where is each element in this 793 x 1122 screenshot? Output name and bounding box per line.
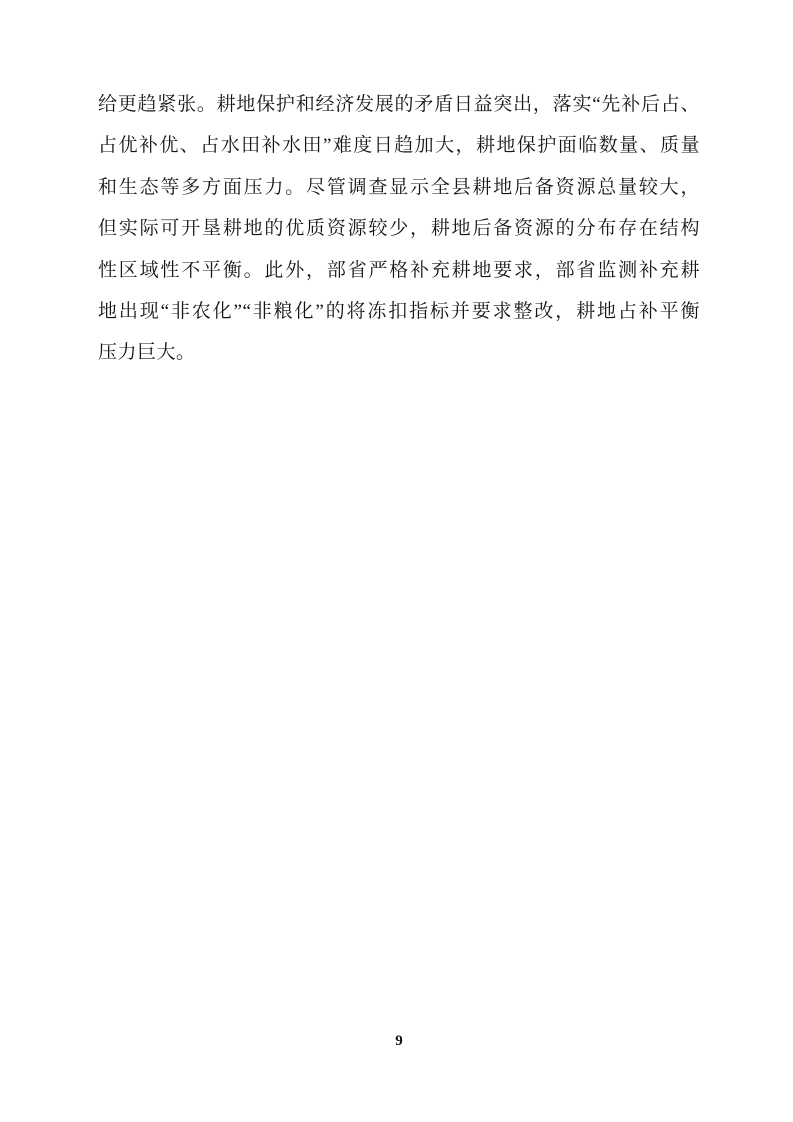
document-page: 给更趋紧张。耕地保护和经济发展的矛盾日益突出，落实“先补后占、 占优补优、占水田… (0, 0, 793, 1122)
paragraph-line: 但实际可开垦耕地的优质资源较少，耕地后备资源的分布存在结构 (98, 208, 700, 249)
paragraph-line: 地出现“非农化”“非粮化”的将冻扣指标并要求整改，耕地占补平衡 (98, 291, 700, 332)
paragraph-line: 占优补优、占水田补水田”难度日趋加大，耕地保护面临数量、质量 (98, 125, 700, 166)
paragraph-line: 压力巨大。 (98, 332, 700, 373)
paragraph-line: 和生态等多方面压力。尽管调查显示全县耕地后备资源总量较大， (98, 167, 700, 208)
paragraph-line: 给更趋紧张。耕地保护和经济发展的矛盾日益突出，落实“先补后占、 (98, 84, 700, 125)
paragraph-line: 性区域性不平衡。此外，部省严格补充耕地要求，部省监测补充耕 (98, 250, 700, 291)
body-paragraph: 给更趋紧张。耕地保护和经济发展的矛盾日益突出，落实“先补后占、 占优补优、占水田… (98, 84, 700, 374)
page-number: 9 (98, 1033, 700, 1050)
